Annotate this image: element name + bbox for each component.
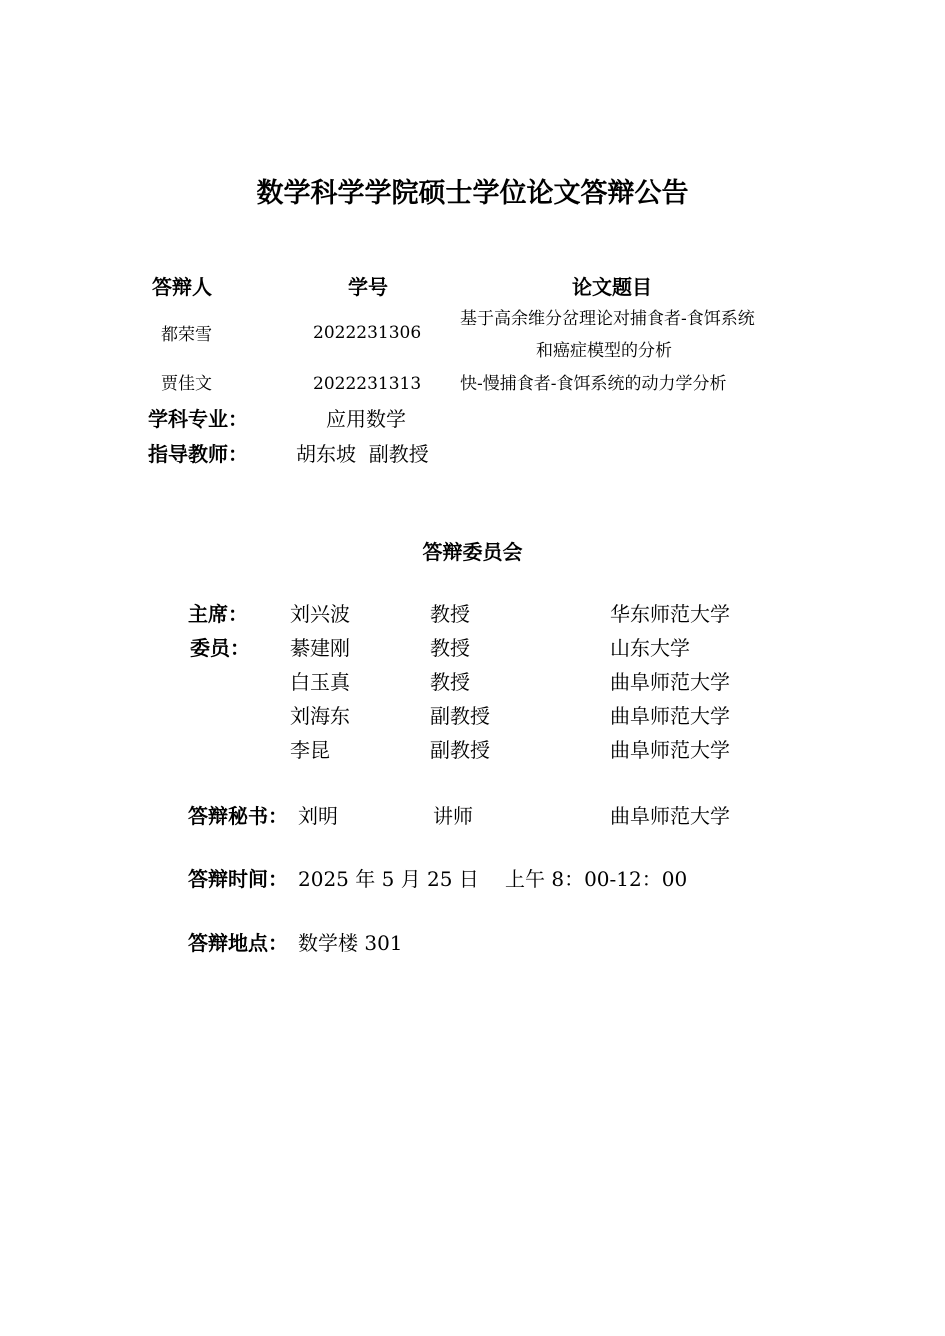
committee-title: 答辩委员会 xyxy=(0,537,945,567)
member-affiliation: 曲阜师范大学 xyxy=(610,667,730,697)
advisor-value: 胡东坡 副教授 xyxy=(296,439,429,469)
thesis-title-line2: 和癌症模型的分析 xyxy=(536,338,672,364)
secretary-label: 答辩秘书： xyxy=(188,801,288,831)
thesis-title-line1: 基于高余维分岔理论对捕食者-食饵系统 xyxy=(460,306,755,332)
member-name: 刘海东 xyxy=(290,701,350,731)
student-id: 2022231313 xyxy=(313,371,421,397)
member-name: 刘兴波 xyxy=(290,599,350,629)
member-name: 綦建刚 xyxy=(290,633,350,663)
thesis-title-line1: 快-慢捕食者-食饵系统的动力学分析 xyxy=(460,371,727,397)
defense-time-label: 答辩时间： xyxy=(188,864,288,894)
advisor-label: 指导教师： xyxy=(148,439,248,469)
defendant-name: 都荣雪 xyxy=(161,322,212,348)
defense-location-label: 答辩地点： xyxy=(188,928,288,958)
member-affiliation: 华东师范大学 xyxy=(610,599,730,629)
table-header-defendant: 答辩人 xyxy=(152,272,212,302)
secretary-name: 刘明 xyxy=(298,801,338,831)
chair-label: 主席： xyxy=(188,599,248,629)
member-rank: 教授 xyxy=(430,633,470,663)
table-header-thesis-title: 论文题目 xyxy=(572,272,652,302)
member-name: 白玉真 xyxy=(290,667,350,697)
member-rank: 副教授 xyxy=(430,735,490,765)
member-name: 李昆 xyxy=(290,735,330,765)
member-affiliation: 曲阜师范大学 xyxy=(610,735,730,765)
major-value: 应用数学 xyxy=(326,404,406,434)
member-rank: 教授 xyxy=(430,667,470,697)
defense-location-value: 数学楼 301 xyxy=(298,928,403,958)
student-id: 2022231306 xyxy=(313,320,421,346)
member-rank: 副教授 xyxy=(430,701,490,731)
defense-date: 2025 年 5 月 25 日 xyxy=(298,864,479,894)
member-affiliation: 山东大学 xyxy=(610,633,690,663)
member-rank: 教授 xyxy=(430,599,470,629)
table-header-student-id: 学号 xyxy=(348,272,388,302)
member-affiliation: 曲阜师范大学 xyxy=(610,701,730,731)
defense-time-range: 上午 8：00-12：00 xyxy=(505,864,687,894)
secretary-rank: 讲师 xyxy=(433,801,473,831)
major-label: 学科专业： xyxy=(148,404,248,434)
page-title: 数学科学学院硕士学位论文答辩公告 xyxy=(0,174,945,214)
member-label: 委员： xyxy=(190,633,250,663)
defendant-name: 贾佳文 xyxy=(161,371,212,397)
secretary-affiliation: 曲阜师范大学 xyxy=(610,801,730,831)
